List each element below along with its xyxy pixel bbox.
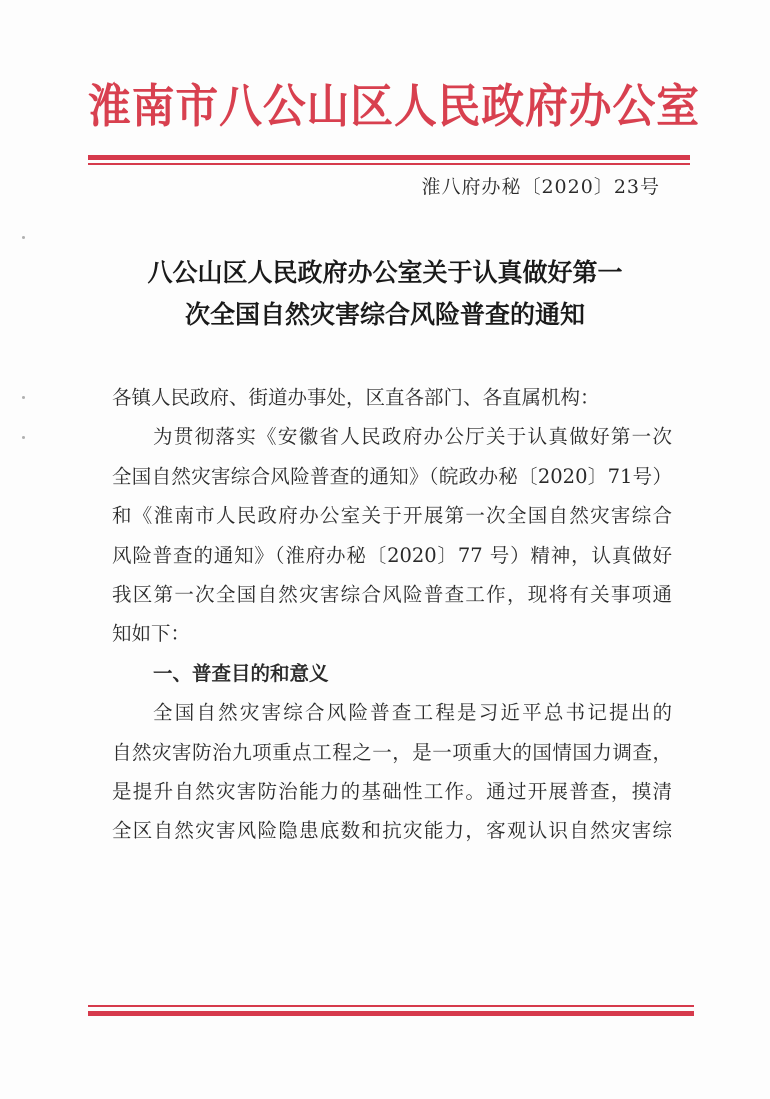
- paragraph-2-line: 自然灾害防治九项重点工程之一，是一项重大的国情国力调查，: [112, 733, 672, 772]
- recipients-line: 各镇人民政府、街道办事处，区直各部门、各直属机构：: [112, 378, 672, 417]
- document-title: 八公山区人民政府办公室关于认真做好第一 次全国自然灾害综合风险普查的通知: [100, 252, 670, 336]
- section-1-heading: 一、普查目的和意义: [112, 654, 672, 693]
- document-number: 淮八府办秘〔2020〕23号: [421, 172, 660, 199]
- paragraph-1-line: 和《淮南市人民政府办公室关于开展第一次全国自然灾害综合: [112, 496, 672, 535]
- paragraph-2-line: 是提升自然灾害防治能力的基础性工作。通过开展普查，摸清: [112, 772, 672, 811]
- paragraph-2-line: 全区自然灾害风险隐患底数和抗灾能力，客观认识自然灾害综: [112, 811, 672, 850]
- paragraph-1-line: 全国自然灾害综合风险普查的通知》（皖政办秘〔2020〕71号）: [112, 457, 672, 496]
- scan-mark: [22, 396, 25, 399]
- footer-red-rule-thick: [88, 1011, 694, 1016]
- paragraph-2-line: 全国自然灾害综合风险普查工程是习近平总书记提出的: [112, 693, 672, 732]
- paragraph-1-line: 我区第一次全国自然灾害综合风险普查工作，现将有关事项通: [112, 575, 672, 614]
- paragraph-1-line: 知如下：: [112, 614, 672, 653]
- header-red-rule-thin: [88, 163, 690, 165]
- scan-mark: [22, 436, 25, 439]
- scan-mark: [22, 236, 25, 239]
- issuer-masthead: 淮南市八公山区人民政府办公室: [88, 76, 646, 136]
- title-line-2: 次全国自然灾害综合风险普查的通知: [100, 294, 670, 336]
- document-page: 淮南市八公山区人民政府办公室 淮八府办秘〔2020〕23号 八公山区人民政府办公…: [0, 0, 770, 1099]
- title-line-1: 八公山区人民政府办公室关于认真做好第一: [100, 252, 670, 294]
- footer-red-rule-thin: [88, 1005, 694, 1007]
- document-body: 各镇人民政府、街道办事处，区直各部门、各直属机构： 为贯彻落实《安徽省人民政府办…: [112, 378, 672, 851]
- header-red-rule-thick: [88, 155, 690, 160]
- paragraph-1-line: 风险普查的通知》（淮府办秘〔2020〕77 号）精神，认真做好: [112, 536, 672, 575]
- paragraph-1-line: 为贯彻落实《安徽省人民政府办公厅关于认真做好第一次: [112, 417, 672, 456]
